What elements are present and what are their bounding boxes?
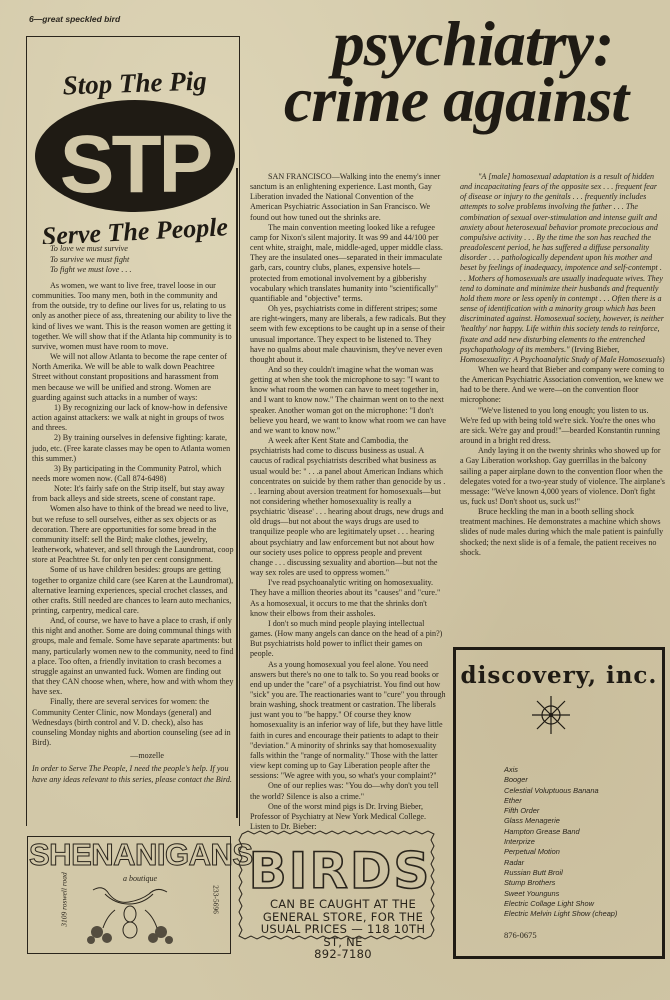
paragraph: And, of course, we have to have a place …	[32, 616, 234, 697]
discovery-name: discovery, inc.	[456, 662, 662, 689]
stp-article-body: As women, we want to live free, travel l…	[32, 281, 234, 785]
closing-note: In order to Serve The People, I need the…	[32, 764, 234, 784]
floral-ornament-icon	[75, 880, 185, 948]
paragraph: Finally, there are several services for …	[32, 697, 234, 748]
paragraph: As women, we want to live free, travel l…	[32, 281, 234, 352]
birds-phone: 892-7180	[250, 948, 436, 961]
paragraph: A week after Kent State and Cambodia, th…	[250, 436, 446, 578]
act-item: Axis	[504, 765, 664, 775]
act-item: Celestial Voluptuous Banana	[504, 786, 664, 796]
stp-emblem-icon: Stop The Pig STP Serve The People	[30, 44, 240, 244]
act-item: Fifth Order	[504, 806, 664, 816]
citation-suffix: )	[662, 355, 665, 364]
paragraph: Bruce heckling the man in a booth sellin…	[460, 507, 665, 558]
paragraph: As a young homosexual you feel alone. Yo…	[250, 660, 446, 782]
stp-logo: Stop The Pig STP Serve The People	[30, 44, 240, 244]
paragraph: Andy laying it on the twenty shrinks who…	[460, 446, 665, 507]
act-item: Sweet Younguns	[504, 889, 664, 899]
act-item: Stump Brothers	[504, 878, 664, 888]
act-item: Ether	[504, 796, 664, 806]
list-item: 2) By training ourselves in defensive fi…	[32, 433, 234, 463]
citation-title: Homosexuality: A Psychoanalytic Study of…	[460, 355, 662, 364]
shenanigans-address: 3109 roswell road	[60, 860, 69, 940]
act-item: Glass Menagerie	[504, 816, 664, 826]
stp-top-text: Stop The Pig	[62, 66, 207, 101]
act-item: Electric Collage Light Show	[504, 899, 664, 909]
stp-center-text: STP	[60, 119, 211, 210]
birds-line: USUAL PRICES — 118 10TH ST, NE	[250, 923, 436, 948]
act-item: Radar	[504, 858, 664, 868]
act-item: Hampton Grease Band	[504, 827, 664, 837]
discovery-phone: 876-0675	[504, 930, 537, 940]
headline-line-2: crime against	[242, 72, 670, 128]
paragraph: When we heard that Bieber and company we…	[460, 365, 665, 406]
birds-title: BIRDS	[249, 842, 432, 900]
psychiatry-article-middle-column: SAN FRANCISCO—Walking into the enemy's i…	[250, 172, 446, 832]
list-item: 1) By recognizing our lack of know-how i…	[32, 403, 234, 433]
paragraph: SAN FRANCISCO—Walking into the enemy's i…	[250, 172, 446, 223]
stp-poem: To love we must survive To survive we mu…	[50, 244, 230, 276]
stp-bottom-text: Serve The People	[41, 212, 229, 244]
act-item: Perpetual Motion	[504, 847, 664, 857]
psychiatry-article-right-column: "A [male] homosexual adaptation is a res…	[460, 172, 665, 558]
poem-line: To survive we must fight	[50, 255, 230, 266]
act-item: Electric Melvin Light Show (cheap)	[504, 909, 664, 919]
compass-rose-icon	[531, 694, 571, 736]
paragraph: We will not allow Atlanta to become the …	[32, 352, 234, 403]
bieber-quote: "A [male] homosexual adaptation is a res…	[460, 172, 665, 365]
birds-line: CAN BE CAUGHT AT THE	[250, 898, 436, 911]
list-item: 3) By participating in the Community Pat…	[32, 464, 234, 484]
birds-ad-text: CAN BE CAUGHT AT THE GENERAL STORE, FOR …	[250, 898, 436, 961]
paragraph: The main convention meeting looked like …	[250, 223, 446, 304]
note: Note: It's fairly safe on the Strip itse…	[32, 484, 234, 504]
running-head: 6—great speckled bird	[29, 14, 120, 24]
paragraph: Women also have to think of the bread we…	[32, 504, 234, 565]
author-signature: —mozelle	[32, 751, 234, 761]
paragraph: I've read psychoanalytic writing on homo…	[250, 578, 446, 619]
paragraph: One of our replies was: "You do—why don'…	[250, 781, 446, 801]
column-divider	[236, 168, 238, 818]
citation-prefix: (Irving Bieber,	[570, 345, 620, 354]
quote-text: "A [male] homosexual adaptation is a res…	[460, 172, 664, 354]
discovery-act-list: Axis Booger Celestial Voluptuous Banana …	[504, 765, 664, 919]
paragraph: And so they couldn't imagine what the wo…	[250, 365, 446, 436]
paragraph: I don't so much mind people playing inte…	[250, 619, 446, 660]
poem-line: To love we must survive	[50, 244, 230, 255]
paragraph: Some of us have children besides: groups…	[32, 565, 234, 616]
shenanigans-phone: 233-5696	[212, 870, 221, 930]
act-item: Russian Butt Broil	[504, 868, 664, 878]
act-item: Interprize	[504, 837, 664, 847]
paragraph: Oh yes, psychiatrists come in different …	[250, 304, 446, 365]
act-item: Booger	[504, 775, 664, 785]
paragraph: "We've listened to you long enough; you …	[460, 406, 665, 447]
poem-line: To fight we must love . . .	[50, 265, 230, 276]
headline: psychiatry: crime against	[242, 16, 670, 128]
